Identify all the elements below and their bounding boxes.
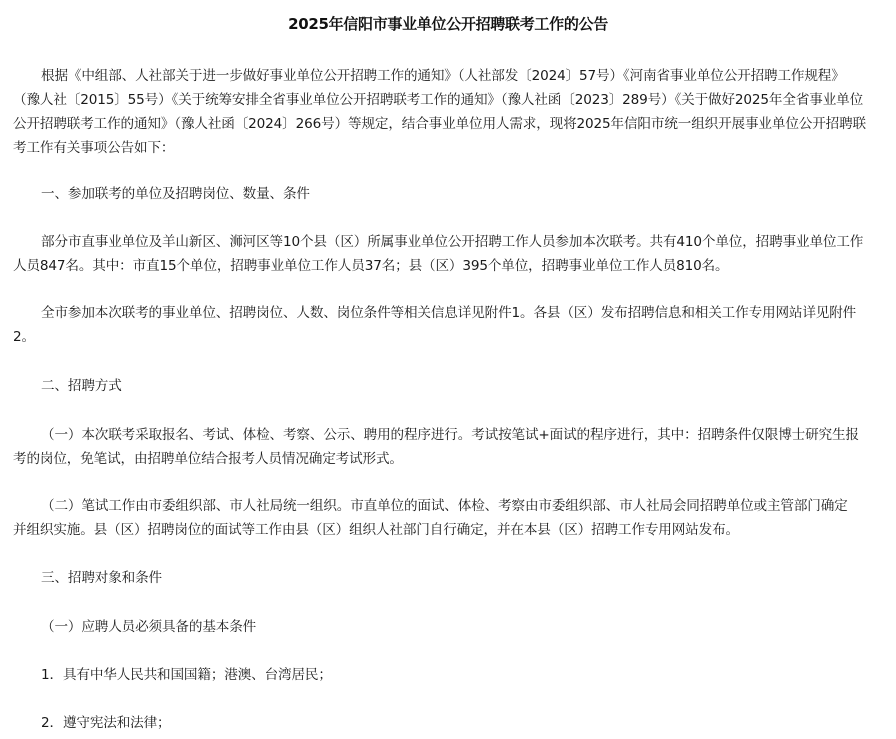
intro-line: （豫人社〔2015〕55号）《关于统筹安排全省事业单位公开招聘联考工作的通知》（…	[13, 88, 891, 112]
section1-paragraph-1: 部分市直事业单位及羊山新区、浉河区等10个县（区）所属事业单位公开招聘工作人员参…	[13, 230, 891, 278]
section1-heading: 一、参加联考的单位及招聘岗位、数量、条件	[13, 182, 891, 206]
section1-paragraph-2: 全市参加本次联考的事业单位、招聘岗位、人数、岗位条件等相关信息详见附件1。各县（…	[13, 301, 891, 349]
paragraph-line: （二）笔试工作由市委组织部、市人社局统一组织。市直单位的面试、体检、考察由市委组…	[13, 494, 891, 518]
intro-line: 根据《中组部、人社部关于进一步做好事业单位公开招聘工作的通知》（人社部发〔202…	[13, 64, 891, 88]
section2-paragraph-1: （一）本次联考采取报名、考试、体检、考察、公示、聘用的程序进行。考试按笔试+面试…	[13, 423, 891, 471]
paragraph-line: 并组织实施。县（区）招聘岗位的面试等工作由县（区）组织人社部门自行确定，并在本县…	[13, 518, 891, 542]
section2-paragraph-2: （二）笔试工作由市委组织部、市人社局统一组织。市直单位的面试、体检、考察由市委组…	[13, 494, 891, 542]
paragraph-line: 人员847名。其中：市直15个单位，招聘事业单位工作人员37名；县（区）395个…	[13, 254, 891, 278]
intro-line: 考工作有关事项公告如下：	[13, 136, 891, 160]
section3-subheading: （一）应聘人员必须具备的基本条件	[13, 615, 891, 639]
intro-line: 公开招聘联考工作的通知》（豫人社函〔2024〕266号）等规定，结合事业单位用人…	[13, 112, 891, 136]
section2-heading: 二、招聘方式	[13, 374, 891, 398]
section3-heading: 三、招聘对象和条件	[13, 566, 891, 590]
paragraph-line: 2。	[13, 325, 891, 349]
paragraph-line: （一）本次联考采取报名、考试、体检、考察、公示、聘用的程序进行。考试按笔试+面试…	[13, 423, 891, 447]
announcement-page: 2025年信阳市事业单位公开招聘联考工作的公告 根据《中组部、人社部关于进一步做…	[0, 0, 896, 739]
intro-paragraph: 根据《中组部、人社部关于进一步做好事业单位公开招聘工作的通知》（人社部发〔202…	[13, 64, 891, 160]
paragraph-line: 部分市直事业单位及羊山新区、浉河区等10个县（区）所属事业单位公开招聘工作人员参…	[13, 230, 891, 254]
list-item: 1．具有中华人民共和国国籍；港澳、台湾居民；	[13, 663, 891, 687]
paragraph-line: 全市参加本次联考的事业单位、招聘岗位、人数、岗位条件等相关信息详见附件1。各县（…	[13, 301, 891, 325]
list-item: 2．遵守宪法和法律；	[13, 711, 891, 735]
paragraph-line: 考的岗位，免笔试，由招聘单位结合报考人员情况确定考试形式。	[13, 447, 891, 471]
page-title: 2025年信阳市事业单位公开招聘联考工作的公告	[0, 13, 896, 34]
